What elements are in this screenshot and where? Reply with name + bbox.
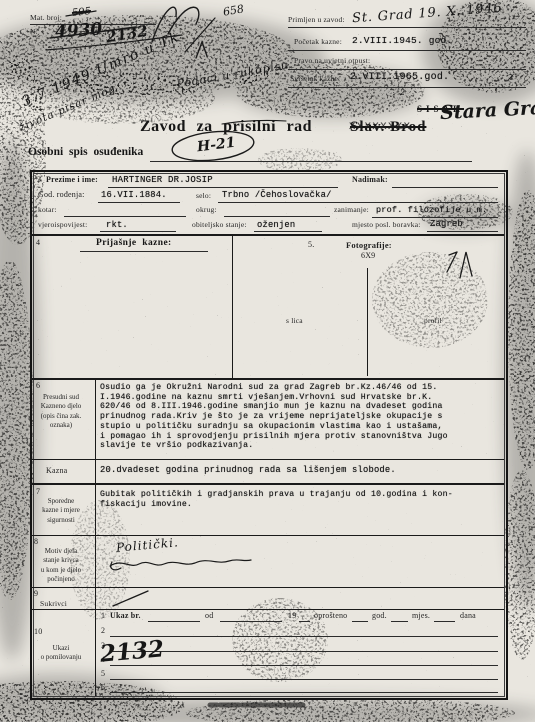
rule	[64, 215, 186, 217]
section6-label: Presudni sud Kazneno djelo (opis čina za…	[30, 393, 92, 431]
svrsetak-value: 2.VIII.1965.god.	[350, 72, 449, 83]
rule	[288, 86, 526, 88]
photo-divider	[367, 268, 368, 376]
section10-number: 10	[34, 628, 42, 637]
prisoner-record-scan: Mat. broj: 595 N: 4930 2132 658 3.7.1949…	[0, 0, 535, 722]
rule	[220, 620, 282, 622]
dana-label: dana	[460, 612, 476, 621]
year-prefix: 19	[288, 612, 296, 621]
section-divider	[30, 378, 504, 380]
pocetak-value: 2.VIII.1945. god.	[352, 35, 452, 46]
row3-number: 3	[37, 176, 41, 185]
mat-broj-label: Mat. broj:	[30, 14, 62, 22]
selo-label: selo:	[196, 192, 211, 200]
subtitle: Osobni spis osuđenika	[28, 146, 143, 158]
row-divider	[30, 587, 504, 588]
rule	[218, 201, 498, 203]
row-divider	[30, 535, 504, 536]
label-column-divider	[95, 378, 96, 696]
rule	[434, 620, 455, 622]
pocetak-label: Početak kazne:	[294, 38, 342, 46]
okrug-label: okrug:	[196, 206, 217, 214]
row-divider	[30, 609, 504, 610]
obitelj-label: obiteljsko stanje:	[192, 221, 247, 229]
god-label: god.	[372, 612, 387, 621]
margin-mark: z	[508, 70, 514, 83]
kazna-label: Kazna	[46, 467, 67, 476]
rule	[108, 186, 338, 188]
mjesto-value: Zagreb	[430, 219, 463, 229]
rule	[352, 620, 368, 622]
row-divider	[30, 459, 504, 460]
rule	[150, 160, 472, 162]
mjes-label: mjes.	[412, 612, 430, 621]
prijasnje-kazne-title: Prijašnje kazne:	[96, 238, 172, 248]
section7-label: Sporedne kazne i mjere sigurnosti	[30, 497, 92, 525]
rule	[288, 68, 526, 70]
rule	[100, 230, 176, 232]
photo-caption-profile: profil	[424, 317, 442, 325]
cell-divider	[232, 234, 233, 378]
rule	[391, 620, 408, 622]
svrsetak-label: Svršetak kazne:	[290, 75, 340, 83]
verdict-text: Osudio ga je Okružni Narodni sud za grad…	[100, 383, 500, 451]
section8-label: Motiv djela stanje krivca u kom je djelo…	[28, 547, 94, 585]
rule	[98, 201, 180, 203]
secondary-punishment-text: Gubitak političkih i gradjanskih prava u…	[100, 490, 500, 510]
form-title: Zavod za prisilni rad	[140, 118, 312, 136]
section7-number: 7	[36, 488, 40, 497]
section-divider	[30, 234, 504, 236]
below-mark: 2	[400, 88, 405, 97]
rule	[392, 186, 498, 188]
kotar-label: kotar:	[38, 206, 57, 214]
rule	[110, 678, 498, 680]
section9-number: 9	[34, 590, 38, 599]
photo-size: 6X9	[361, 252, 375, 261]
rule	[80, 250, 208, 252]
n-label: N:	[30, 28, 38, 36]
rule	[148, 620, 200, 622]
selo-value: Trbno /Čehoslovačka/	[222, 190, 332, 200]
zanimanje-value: prof. filozofije u m.	[376, 205, 487, 215]
oprosteno-label: oprošteno	[314, 612, 347, 621]
rule	[224, 215, 330, 217]
ukaz-row-number: 6	[101, 684, 105, 693]
pravo-label: Pravo na uvjetni otpust:	[294, 57, 370, 65]
pardon-handwriting: 2132	[99, 635, 165, 667]
rule	[254, 230, 322, 232]
section5-number: 5.	[308, 241, 314, 250]
vjera-value: rkt.	[106, 220, 128, 230]
rule	[288, 26, 526, 28]
rodjenja-label: God. rođenja:	[38, 191, 85, 200]
rule	[110, 635, 498, 637]
ukaz-row1-number: 1	[101, 612, 105, 621]
overtype-x: XXXXXXXX	[349, 121, 411, 133]
rodjenja-value: 16.VII.1884.	[101, 190, 167, 200]
nadimak-label: Nadimak:	[352, 176, 388, 185]
vjera-label: vjeroispovijest:	[38, 221, 87, 229]
kazna-value: 20.dvadeset godina prinudnog rada sa liš…	[100, 465, 396, 475]
mat-broj-old-number: 595	[71, 6, 91, 19]
ukaz-row-number: 2	[101, 627, 105, 636]
primljen-label: Primljen u zavod:	[288, 16, 345, 24]
rule	[427, 230, 498, 232]
fotografije-title: Fotografije:	[346, 241, 392, 250]
old-file-number: 4930	[54, 19, 103, 42]
section10-label: Ukazi o pomilovanju	[28, 644, 94, 663]
rule	[110, 691, 498, 693]
prezime-label: Prezime i ime:	[46, 176, 98, 185]
prezime-value: HARTINGER DR.JOSIP	[112, 175, 213, 185]
obitelj-value: oženjen	[257, 220, 295, 230]
rule	[299, 620, 310, 622]
zanimanje-label: zanimanje:	[334, 206, 369, 214]
section8-number: 8	[34, 538, 38, 547]
section9-label: Sukrivci	[40, 600, 67, 608]
section4-number: 4	[36, 239, 40, 248]
section6-number: 6	[36, 382, 40, 391]
photo-caption-face: s lica	[286, 317, 303, 325]
ukaz-row-number: 5	[101, 670, 105, 679]
rule	[110, 650, 498, 652]
ukaz-br-label: Ukaz br.	[110, 612, 141, 621]
mjesto-label: mjesto posl. boravka:	[352, 221, 421, 229]
od-label: od	[205, 612, 213, 621]
rule	[110, 664, 498, 666]
rule	[372, 216, 498, 218]
section-divider	[30, 483, 504, 485]
rule	[288, 49, 526, 51]
